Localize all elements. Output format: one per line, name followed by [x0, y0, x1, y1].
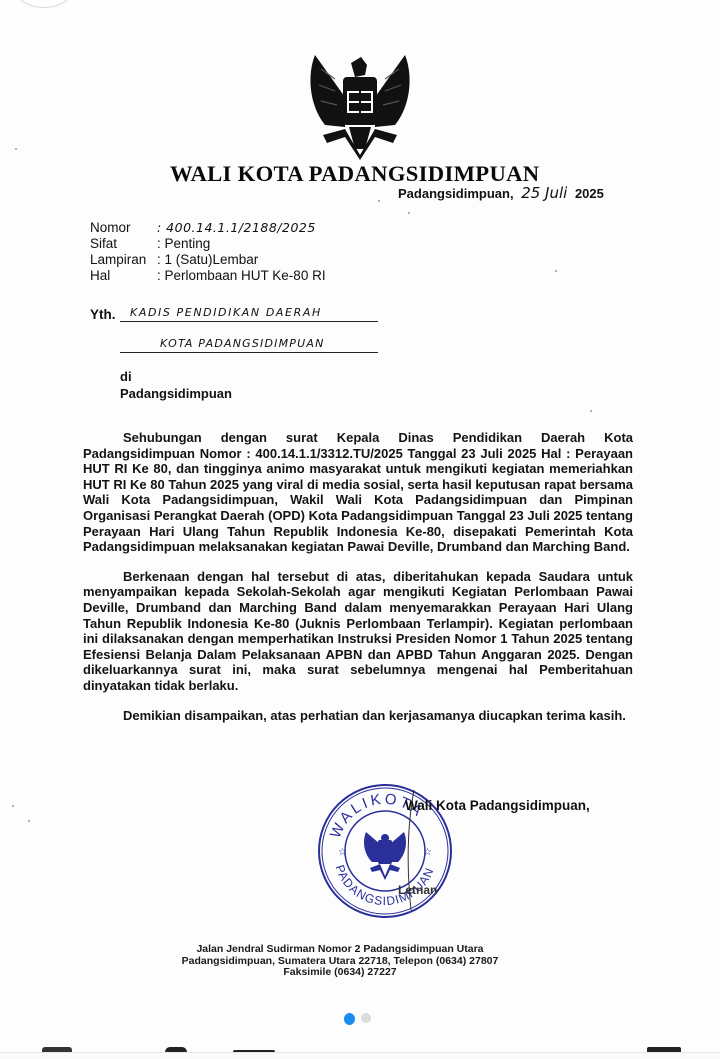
- date-year: 2025: [575, 186, 604, 201]
- recipient-city: Padangsidimpuan: [120, 385, 232, 402]
- meta-nomor: Nomor : 400.14.1.1/2188/2025: [90, 220, 326, 236]
- meta-value: : Penting: [157, 236, 210, 252]
- meta-value: : Perlombaan HUT Ke-80 RI: [157, 268, 326, 284]
- page-indicator: [344, 1013, 371, 1025]
- meta-label: Nomor: [90, 220, 157, 236]
- meta-lampiran: Lampiran : 1 (Satu)Lembar: [90, 252, 326, 268]
- paragraph: Demikian disampaikan, atas perhatian dan…: [83, 708, 633, 724]
- recipient-di: di: [120, 368, 232, 385]
- letter-body: Sehubungan dengan surat Kepala Dinas Pen…: [83, 430, 633, 737]
- letter-date: Padangsidimpuan, 25 Juli 2025: [398, 184, 604, 202]
- paragraph: Berkenaan dengan hal tersebut di atas, d…: [83, 569, 633, 694]
- document-viewer: WALI KOTA PADANGSIDIMPUAN Padangsidimpua…: [0, 0, 720, 1059]
- date-place: Padangsidimpuan,: [398, 186, 514, 201]
- meta-label: Hal: [90, 268, 157, 284]
- meta-hal: Hal : Perlombaan HUT Ke-80 RI: [90, 268, 326, 284]
- recipient-line-1: KADIS PENDIDIKAN DAERAH: [120, 306, 378, 322]
- recipient-line-2: KOTA PADANGSIDIMPUAN: [120, 337, 378, 353]
- bottom-toolbar: [0, 1052, 720, 1059]
- recipient-location: di Padangsidimpuan: [120, 368, 232, 402]
- meta-label: Lampiran: [90, 252, 157, 268]
- footer-address: Jalan Jendral Sudirman Nomor 2 Padangsid…: [130, 944, 550, 956]
- signatory-title: Wali Kota Padangsidimpuan,: [405, 798, 590, 813]
- meta-sifat: Sifat : Penting: [90, 236, 326, 252]
- svg-text:☆: ☆: [423, 847, 432, 858]
- svg-text:☆: ☆: [338, 847, 347, 858]
- letter-meta: Nomor : 400.14.1.1/2188/2025 Sifat : Pen…: [90, 220, 326, 284]
- paragraph: Sehubungan dengan surat Kepala Dinas Pen…: [83, 430, 633, 555]
- page-dot-1[interactable]: [344, 1013, 355, 1025]
- signatory-name: Letnan: [398, 883, 437, 897]
- date-day-month: 25 Juli: [521, 184, 567, 202]
- footer-fax: Faksimile (0634) 27227: [130, 967, 550, 979]
- letter-footer: Jalan Jendral Sudirman Nomor 2 Padangsid…: [130, 944, 550, 979]
- meta-label: Sifat: [90, 236, 157, 252]
- salutation: Yth.: [90, 307, 116, 322]
- garuda-emblem-icon: [305, 45, 415, 160]
- back-button[interactable]: [12, 0, 76, 8]
- page-dot-2[interactable]: [361, 1013, 371, 1023]
- meta-value: : 1 (Satu)Lembar: [157, 252, 258, 268]
- meta-value: : 400.14.1.1/2188/2025: [157, 220, 316, 236]
